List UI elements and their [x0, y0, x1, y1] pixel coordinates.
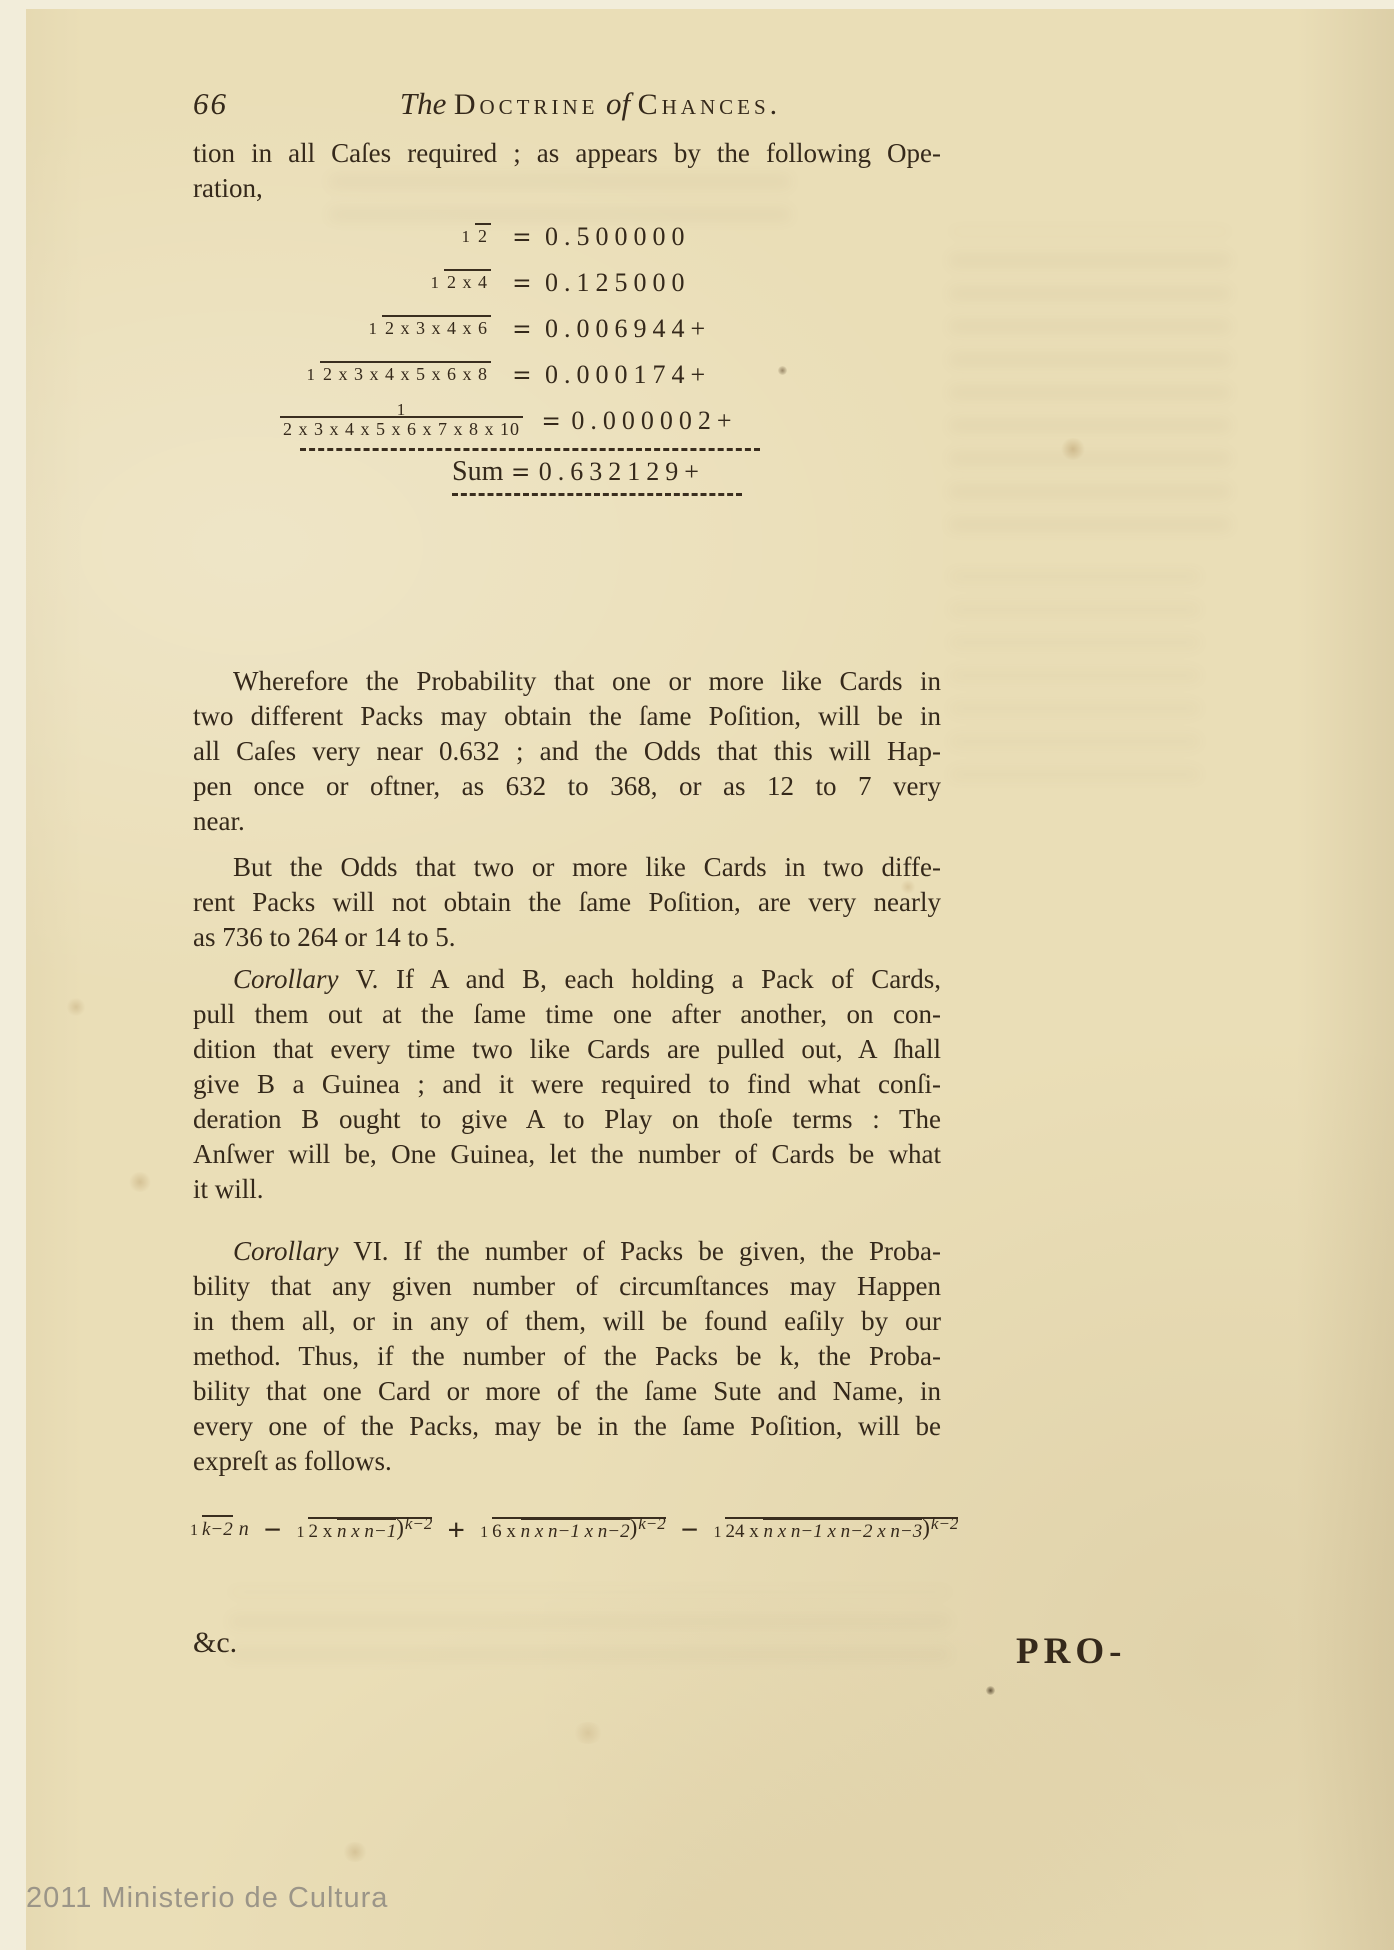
text-line: two different Packs may obtain the ſame …	[193, 699, 941, 734]
paragraph-wherefore: Wherefore the Probability that one or mo…	[193, 664, 941, 839]
exponent: k−2	[638, 1514, 666, 1533]
fraction: 1 2	[462, 227, 492, 247]
operation-row: 1 2 x 3 x 4 x 5 x 6 x 7 x 8 x 10 = 0.000…	[280, 398, 760, 444]
running-title-of: of	[606, 86, 630, 121]
etcetera-label: &c.	[193, 1626, 237, 1660]
scan-edge-left	[0, 0, 26, 1950]
formula-term-3: 1 6 x n x n−1 x n−2)k−2	[480, 1519, 666, 1542]
minus-sign: −	[249, 1512, 297, 1548]
text-line: But the Odds that two or more like Cards…	[193, 850, 941, 885]
fraction-denominator: n	[239, 1518, 249, 1540]
series-formula: 1 k−2 n − 1 2 x n x n−1)k−2 + 1 6 x n x …	[190, 1512, 1190, 1548]
operation-result: 0.000002+	[571, 406, 760, 436]
operation-row: 1 2 = 0.500000	[280, 214, 760, 260]
formula-term-1: 1 k−2 n	[190, 1520, 249, 1540]
corollary-label: Corollary	[233, 1236, 339, 1266]
operation-result: 0.125000	[545, 268, 760, 298]
text-line: expreſt as follows.	[193, 1444, 941, 1479]
fraction-denominator: 2 x 3 x 4 x 5 x 6 x 8	[320, 361, 491, 384]
scan-edge-top	[0, 0, 1394, 9]
paragraph-corollary-v: Corollary V. If A and B, each holding a …	[193, 962, 941, 1207]
fraction: 1 2 x 4	[431, 273, 492, 293]
equals-sign: =	[512, 457, 530, 488]
fraction-denominator: 6 x n x n−1 x n−2)k−2	[492, 1517, 666, 1542]
fraction-denominator: 2 x 3 x 4 x 5 x 6 x 7 x 8 x 10	[280, 416, 523, 439]
text-line: Wherefore the Probability that one or mo…	[193, 664, 941, 699]
running-title-the: The	[400, 86, 447, 121]
equals-sign: =	[496, 360, 549, 391]
fraction-numerator: 1	[431, 273, 441, 292]
fraction: 1 2 x 3 x 4 x 6	[369, 319, 492, 339]
sum-row: Sum = 0.632129+	[452, 451, 760, 493]
operation-row: 1 2 x 4 = 0.125000	[280, 260, 760, 306]
exponent: k−2	[405, 1514, 433, 1533]
fraction-numerator: 1	[296, 1524, 304, 1541]
text-line: tion in all Caſes required ; as appears …	[193, 136, 941, 171]
minus-sign: −	[666, 1512, 714, 1548]
text-line: method. Thus, if the number of the Packs…	[193, 1339, 941, 1374]
text-line: ration,	[193, 171, 941, 206]
text-line: Corollary V. If A and B, each holding a …	[193, 962, 941, 997]
text-line: all Caſes very near 0.632 ; and the Odds…	[193, 734, 941, 769]
text-line: rent Packs will not obtain the ſame Poſi…	[193, 885, 941, 920]
sum-rule-bottom	[452, 493, 742, 496]
text-line: Corollary VI. If the number of Packs be …	[193, 1234, 941, 1269]
catchword: PRO-	[1016, 1630, 1126, 1673]
exponent: k−2	[202, 1515, 233, 1540]
plus-sign: +	[432, 1512, 480, 1548]
formula-term-4: 1 24 x n x n−1 x n−2 x n−3)k−2	[713, 1519, 958, 1542]
fraction: 1 2 x 3 x 4 x 5 x 6 x 7 x 8 x 10	[280, 402, 523, 440]
operation-row: 1 2 x 3 x 4 x 6 = 0.006944+	[280, 306, 760, 352]
equals-sign: =	[528, 406, 574, 437]
formula-term-2: 1 2 x n x n−1)k−2	[296, 1519, 432, 1542]
text-line: pen once or oftner, as 632 to 368, or as…	[193, 769, 941, 804]
text-line: deration B ought to give A to Play on th…	[193, 1102, 941, 1137]
text-line: near.	[193, 804, 941, 839]
exponent: k−2	[931, 1514, 959, 1533]
fraction-numerator: 1	[369, 319, 379, 338]
operation-row: 1 2 x 3 x 4 x 5 x 6 x 8 = 0.000174+	[280, 352, 760, 398]
fraction-numerator: 1	[307, 365, 317, 384]
operation-result: 0.006944+	[545, 314, 760, 344]
fraction: 1 2 x 3 x 4 x 5 x 6 x 8	[307, 365, 492, 385]
running-title-chances: Chances.	[638, 88, 782, 121]
running-title: The Doctrine of Chances.	[390, 86, 781, 122]
text-line: bility that any given number of circumſt…	[193, 1269, 941, 1304]
library-watermark: 2011 Ministerio de Cultura	[26, 1882, 388, 1915]
fraction-denominator: 24 x n x n−1 x n−2 x n−3)k−2	[725, 1517, 958, 1542]
fraction-denominator: 2 x n x n−1)k−2	[308, 1517, 432, 1542]
equals-sign: =	[496, 268, 549, 299]
vinculum-close: )	[630, 1515, 638, 1540]
text-line: in them all, or in any of them, will be …	[193, 1304, 941, 1339]
fraction-numerator: 1	[462, 227, 472, 246]
sum-value: 0.632129+	[539, 457, 705, 487]
fraction-denominator: 2 x 3 x 4 x 6	[382, 315, 491, 338]
fraction-numerator: 1	[713, 1524, 721, 1541]
text-line: give B a Guinea ; and it were required t…	[193, 1067, 941, 1102]
text-line: every one of the Packs, may be in the ſa…	[193, 1409, 941, 1444]
text-line: it will.	[193, 1172, 941, 1207]
text-line: bility that one Card or more of the ſame…	[193, 1374, 941, 1409]
fraction-numerator: 1	[190, 1522, 198, 1539]
vinculum-close: )	[922, 1515, 930, 1540]
text-line: dition that every time two like Cards ar…	[193, 1032, 941, 1067]
operations-table: 1 2 = 0.500000 1 2 x 4 = 0.125000 1 2 x …	[280, 214, 760, 496]
vinculum-close: )	[396, 1515, 404, 1540]
page-number: 66	[193, 86, 228, 122]
fraction-numerator: 1	[480, 1524, 488, 1541]
text-line: pull them out at the ſame time one after…	[193, 997, 941, 1032]
paragraph-continuation: tion in all Caſes required ; as appears …	[193, 136, 941, 206]
running-title-doctrine: Doctrine	[454, 88, 599, 121]
sum-label: Sum	[452, 456, 503, 488]
operation-result: 0.500000	[545, 222, 760, 252]
corollary-label: Corollary	[233, 964, 339, 994]
text-line: Anſwer will be, One Guinea, let the numb…	[193, 1137, 941, 1172]
paragraph-but-odds: But the Odds that two or more like Cards…	[193, 850, 941, 955]
running-head: 66 The Doctrine of Chances.	[193, 86, 943, 122]
equals-sign: =	[496, 314, 549, 345]
operation-result: 0.000174+	[545, 360, 760, 390]
fraction-denominator: 2 x 4	[444, 269, 491, 292]
text-line: as 736 to 264 or 14 to 5.	[193, 920, 941, 955]
fraction-denominator: 2	[475, 223, 491, 246]
paragraph-corollary-vi: Corollary VI. If the number of Packs be …	[193, 1234, 941, 1479]
equals-sign: =	[496, 222, 549, 253]
